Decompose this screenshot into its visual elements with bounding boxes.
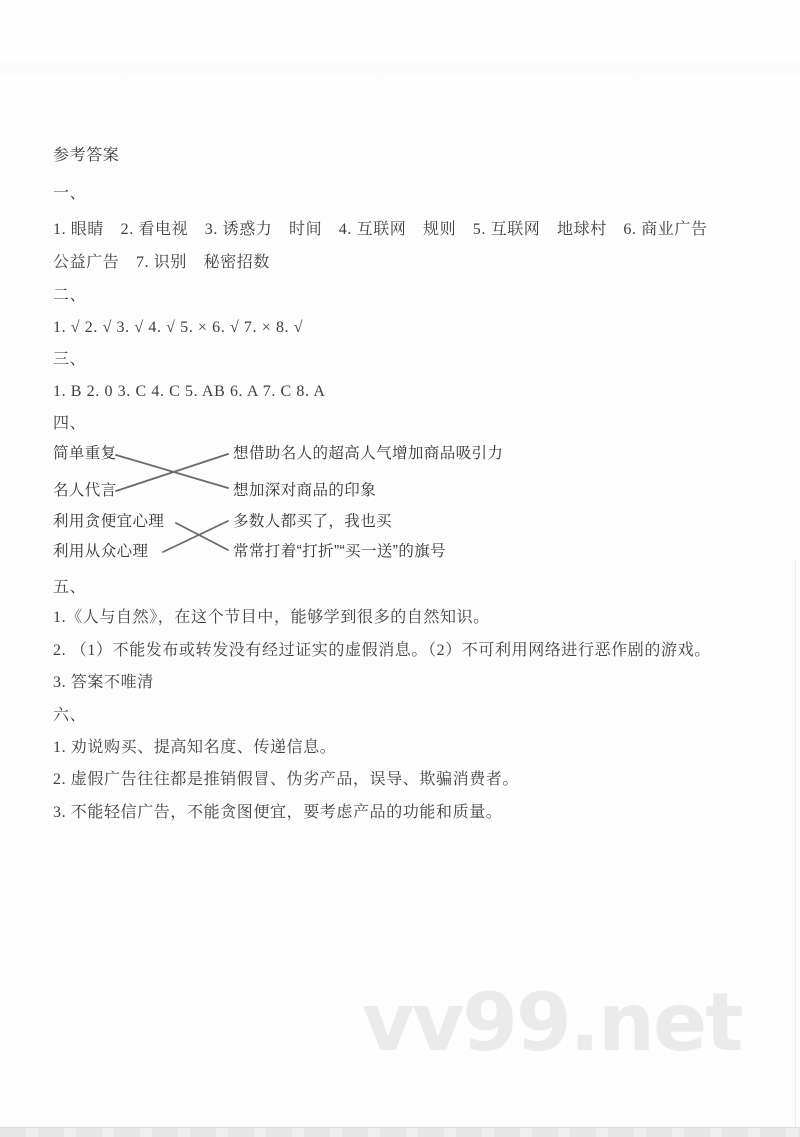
matching-left-item-1: 简单重复 xyxy=(53,444,117,464)
matching-line-4 xyxy=(163,521,228,552)
section-1-heading: 一、 xyxy=(53,184,86,204)
scan-artifact-band xyxy=(0,60,800,78)
page-edge-line xyxy=(795,560,796,1127)
section-3-heading: 三、 xyxy=(53,350,86,370)
matching-line-2 xyxy=(116,454,228,491)
matching-left-item-2: 名人代言 xyxy=(53,481,117,501)
section-5-answer-2: 2. （1）不能发布或转发没有经过证实的虚假消息。（2）不可利用网络进行恶作剧的… xyxy=(53,641,711,661)
section-2-heading: 二、 xyxy=(53,286,86,306)
scanned-answer-page: 参考答案 一、 1. 眼睛 2. 看电视 3. 诱惑力 时间 4. 互联网 规则… xyxy=(0,0,800,1137)
section-1-answers-line-1: 1. 眼睛 2. 看电视 3. 诱惑力 时间 4. 互联网 规则 5. 互联网 … xyxy=(53,220,708,240)
matching-right-item-3: 多数人都买了，我也买 xyxy=(233,512,392,532)
section-5-answer-1: 1.《人与自然》，在这个节目中，能够学到很多的自然知识。 xyxy=(53,608,490,628)
section-2-answers: 1. √ 2. √ 3. √ 4. √ 5. × 6. √ 7. × 8. √ xyxy=(53,318,303,338)
section-5-answer-3: 3. 答案不唯清 xyxy=(53,673,154,693)
matching-line-1 xyxy=(116,455,228,488)
section-1-answers-line-2: 公益广告 7. 识别 秘密招数 xyxy=(53,253,270,273)
scan-bottom-edge xyxy=(0,1127,800,1137)
matching-right-item-4: 常常打着“打折”“买一送”的旗号 xyxy=(233,542,446,562)
matching-right-item-2: 想加深对商品的印象 xyxy=(233,481,376,501)
section-5-heading: 五、 xyxy=(53,578,86,598)
matching-left-item-3: 利用贪便宜心理 xyxy=(53,512,164,532)
matching-line-3 xyxy=(176,523,228,550)
watermark: vv99.net xyxy=(362,983,741,1063)
section-4-heading: 四、 xyxy=(53,414,86,434)
section-6-answer-3: 3. 不能轻信广告，不能贪图便宜，要考虑产品的功能和质量。 xyxy=(53,803,502,823)
matching-right-item-1: 想借助名人的超高人气增加商品吸引力 xyxy=(233,444,503,464)
section-6-heading: 六、 xyxy=(53,706,86,726)
matching-connector-lines xyxy=(0,0,800,1137)
section-6-answer-2: 2. 虚假广告往往都是推销假冒、伪劣产品，误导、欺骗消费者。 xyxy=(53,770,519,790)
page-title: 参考答案 xyxy=(53,146,119,166)
section-3-answers: 1. B 2. 0 3. C 4. C 5. AB 6. A 7. C 8. A xyxy=(53,382,326,402)
section-6-answer-1: 1. 劝说购买、提高知名度、传递信息。 xyxy=(53,738,336,758)
matching-left-item-4: 利用从众心理 xyxy=(53,542,148,562)
